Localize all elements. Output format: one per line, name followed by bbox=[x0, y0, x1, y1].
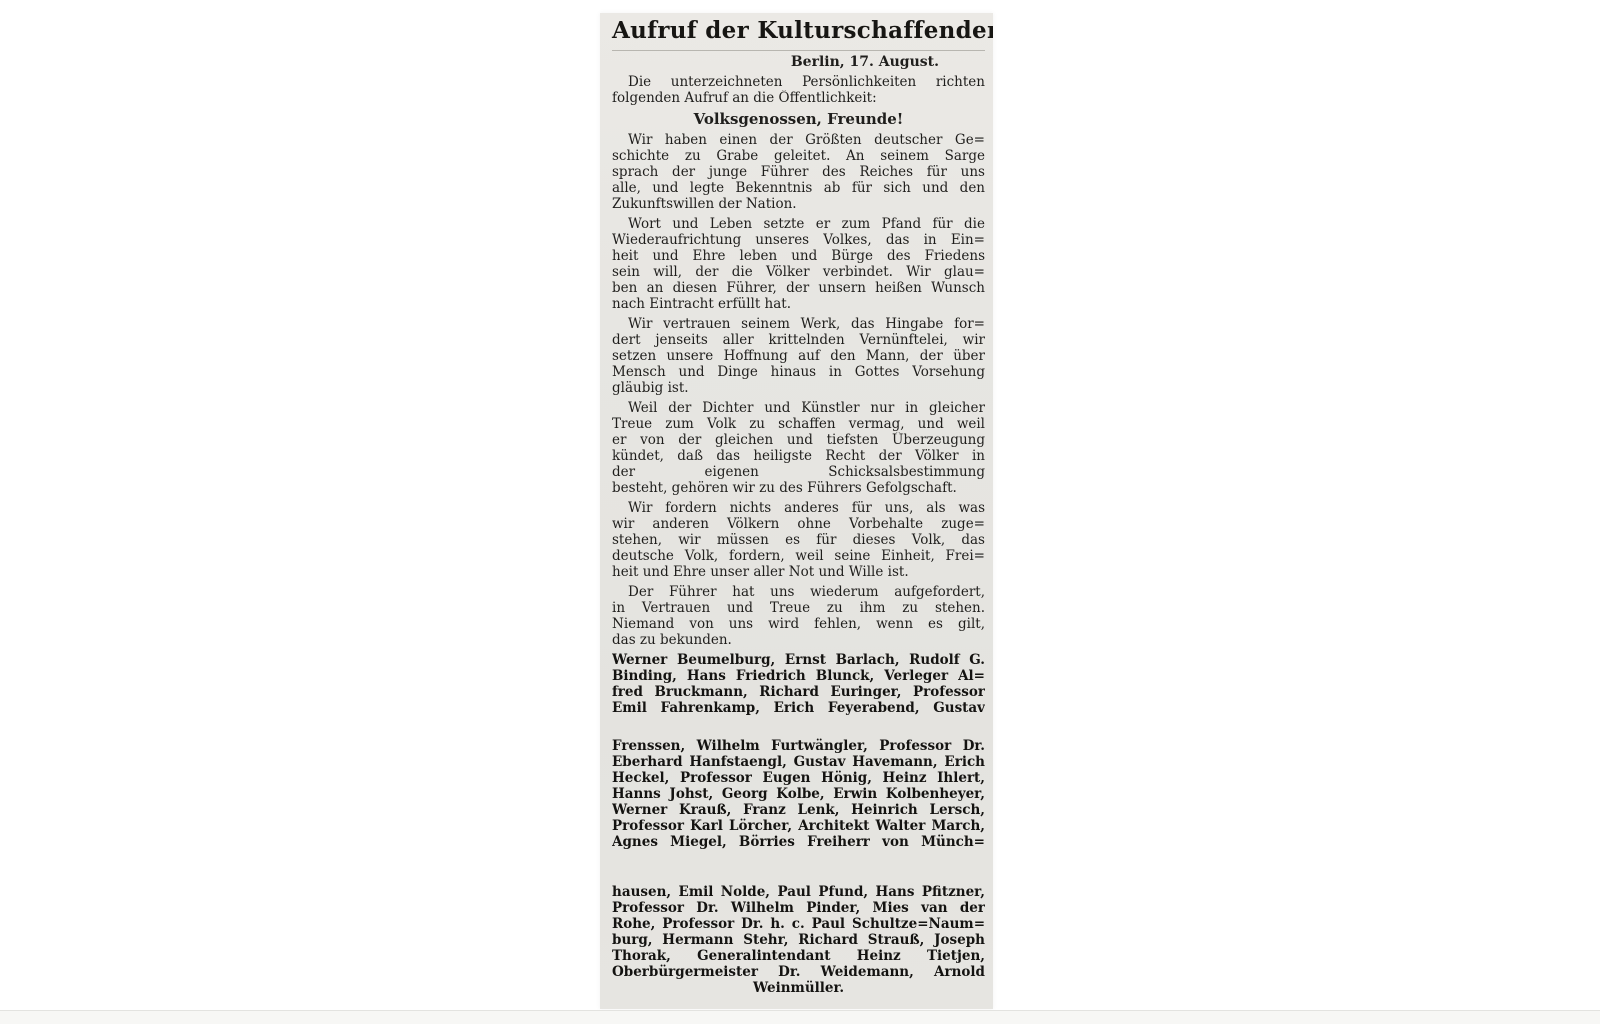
text-line: Treue zum Volk zu schaffen vermag, und w… bbox=[612, 416, 985, 432]
column-gap bbox=[612, 716, 985, 738]
text-line: sprach der junge Führer des Reiches für … bbox=[612, 164, 985, 180]
text-line: Werner Krauß, Franz Lenk, Heinrich Lersc… bbox=[612, 802, 985, 818]
text-line: Professor Dr. Wilhelm Pinder, Mies van d… bbox=[612, 900, 985, 916]
text-line: burg, Hermann Stehr, Richard Strauß, Jos… bbox=[612, 932, 985, 948]
text-line: Agnes Miegel, Börries Freiherr von Münch… bbox=[612, 834, 985, 850]
text-line: heit und Ehre unser aller Not und Wille … bbox=[612, 564, 985, 580]
text-line: der eigenen Schicksalsbestimmung bbox=[612, 464, 985, 480]
text-line: stehen, wir müssen es für dieses Volk, d… bbox=[612, 532, 985, 548]
paragraph: Wir haben einen der Größten deutscher Ge… bbox=[612, 132, 985, 212]
text-line: Heckel, Professor Eugen Hönig, Heinz Ihl… bbox=[612, 770, 985, 786]
text-line: Binding, Hans Friedrich Blunck, Verleger… bbox=[612, 668, 985, 684]
salutation-line: Volksgenossen, Freunde! bbox=[612, 110, 985, 128]
text-line: dert jenseits aller krittelnden Vernünft… bbox=[612, 332, 985, 348]
signature-block-3: hausen, Emil Nolde, Paul Pfund, Hans Pfi… bbox=[612, 884, 985, 980]
text-line: Wir vertrauen seinem Werk, das Hingabe f… bbox=[612, 316, 985, 332]
newspaper-clipping: Aufruf der Kulturschaffenden Berlin, 17.… bbox=[600, 13, 993, 1009]
text-line: Der Führer hat uns wiederum aufgefordert… bbox=[612, 584, 985, 600]
paragraph: Wort und Leben setzte er zum Pfand für d… bbox=[612, 216, 985, 312]
text-line: setzen unsere Hoffnung auf den Mann, der… bbox=[612, 348, 985, 364]
text-line: das zu bekunden. bbox=[612, 632, 985, 648]
text-line: Eberhard Hanfstaengl, Gustav Havemann, E… bbox=[612, 754, 985, 770]
article-header: Aufruf der Kulturschaffenden bbox=[612, 17, 985, 51]
paragraph: Wir fordern nichts anderes für uns, als … bbox=[612, 500, 985, 580]
text-line: Oberbürgermeister Dr. Weidemann, Arnold bbox=[612, 964, 985, 980]
paragraph: Weil der Dichter und Künstler nur in gle… bbox=[612, 400, 985, 496]
text-line: fred Bruckmann, Richard Euringer, Profes… bbox=[612, 684, 985, 700]
text-line: Frenssen, Wilhelm Furtwängler, Professor… bbox=[612, 738, 985, 754]
column-gap bbox=[612, 850, 985, 884]
article-title: Aufruf der Kulturschaffenden bbox=[612, 17, 985, 45]
text-line: hausen, Emil Nolde, Paul Pfund, Hans Pfi… bbox=[612, 884, 985, 900]
text-line: folgenden Aufruf an die Öffentlichkeit: bbox=[612, 90, 985, 106]
text-line: deutsche Volk, fordern, weil seine Einhe… bbox=[612, 548, 985, 564]
text-line: sein will, der die Völker verbindet. Wir… bbox=[612, 264, 985, 280]
signature-block-2: Frenssen, Wilhelm Furtwängler, Professor… bbox=[612, 738, 985, 850]
text-line: Wir haben einen der Größten deutscher Ge… bbox=[612, 132, 985, 148]
text-line: Die unterzeichneten Persönlichkeiten ric… bbox=[612, 74, 985, 90]
signature-block-1: Werner Beumelburg, Ernst Barlach, Rudolf… bbox=[612, 652, 985, 716]
text-line: Zukunftswillen der Nation. bbox=[612, 196, 985, 212]
text-line: Emil Fahrenkamp, Erich Feyerabend, Gusta… bbox=[612, 700, 985, 716]
text-line: Werner Beumelburg, Ernst Barlach, Rudolf… bbox=[612, 652, 985, 668]
text-line: kündet, daß das heiligste Recht der Völk… bbox=[612, 448, 985, 464]
signature-final-line: Weinmüller. bbox=[612, 980, 985, 996]
text-line: Weil der Dichter und Künstler nur in gle… bbox=[612, 400, 985, 416]
text-line: Wir fordern nichts anderes für uns, als … bbox=[612, 500, 985, 516]
paragraph: Der Führer hat uns wiederum aufgefordert… bbox=[612, 584, 985, 648]
text-line: Thorak, Generalintendant Heinz Tietjen, bbox=[612, 948, 985, 964]
text-line: heit und Ehre leben und Bürge des Friede… bbox=[612, 248, 985, 264]
text-line: Hanns Johst, Georg Kolbe, Erwin Kolbenhe… bbox=[612, 786, 985, 802]
text-line: Wort und Leben setzte er zum Pfand für d… bbox=[612, 216, 985, 232]
text-line: Rohe, Professor Dr. h. c. Paul Schultze=… bbox=[612, 916, 985, 932]
article-dateline: Berlin, 17. August. bbox=[612, 53, 985, 72]
paragraph: Wir vertrauen seinem Werk, das Hingabe f… bbox=[612, 316, 985, 396]
text-line: besteht, gehören wir zu des Führers Gefo… bbox=[612, 480, 985, 496]
text-line: gläubig ist. bbox=[612, 380, 985, 396]
text-line: Mensch und Dinge hinaus in Gottes Vorseh… bbox=[612, 364, 985, 380]
text-line: in Vertrauen und Treue zu ihm zu stehen. bbox=[612, 600, 985, 616]
text-line: schichte zu Grabe geleitet. An seinem Sa… bbox=[612, 148, 985, 164]
intro-paragraph: Die unterzeichneten Persönlichkeiten ric… bbox=[612, 74, 985, 106]
text-line: Niemand von uns wird fehlen, wenn es gil… bbox=[612, 616, 985, 632]
text-line: wir anderen Völkern ohne Vorbehalte zuge… bbox=[612, 516, 985, 532]
text-line: alle, und legte Bekenntnis ab für sich u… bbox=[612, 180, 985, 196]
text-line: nach Eintracht erfüllt hat. bbox=[612, 296, 985, 312]
text-line: ben an diesen Führer, der unsern heißen … bbox=[612, 280, 985, 296]
text-line: er von der gleichen und tiefsten Überzeu… bbox=[612, 432, 985, 448]
text-line: Professor Karl Lörcher, Architekt Walter… bbox=[612, 818, 985, 834]
page-bottom-strip bbox=[0, 1010, 1600, 1024]
text-line: Wiederaufrichtung unseres Volkes, das in… bbox=[612, 232, 985, 248]
